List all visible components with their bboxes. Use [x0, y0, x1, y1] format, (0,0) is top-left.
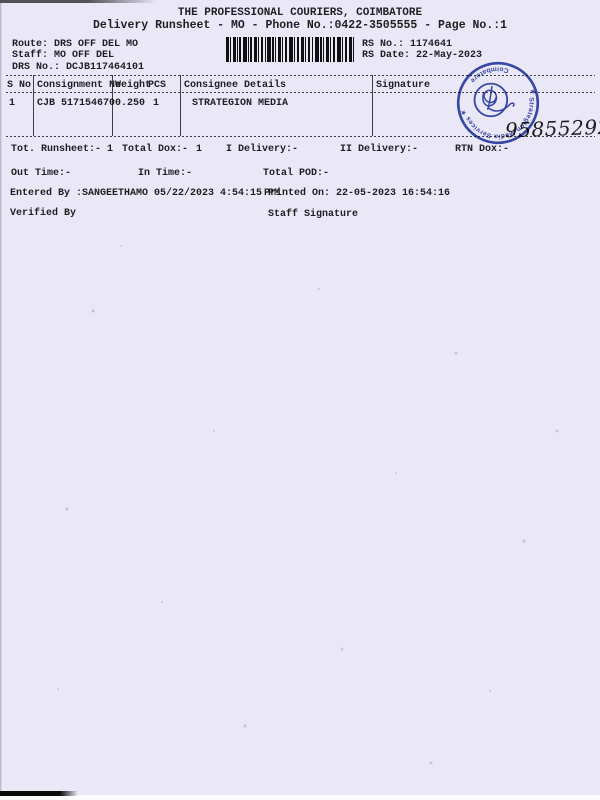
row-sno: 1	[9, 98, 15, 109]
row-weight: 0.250	[115, 98, 145, 109]
verified-by-label: Verified By	[10, 208, 76, 219]
out-time: Out Time:-	[11, 168, 71, 179]
table-col-divider	[372, 75, 373, 136]
col-header-consignee: Consignee Details	[184, 80, 286, 91]
document-subtitle: Delivery Runsheet - MO - Phone No.:0422-…	[0, 20, 600, 32]
table-col-divider	[33, 75, 34, 136]
col-header-weight: Weight	[115, 80, 151, 91]
col-header-signature: Signature	[376, 80, 430, 91]
runsheet-document: THE PROFESSIONAL COURIERS, COIMBATORE De…	[0, 0, 600, 800]
rtn-dox: RTN Dox:-	[455, 144, 509, 155]
col-header-pcs: PCS	[148, 80, 166, 91]
scan-artifact-top-edge	[0, 0, 158, 3]
staff-line: Staff: MO OFF DEL	[12, 50, 114, 61]
col-header-sno: S No	[7, 80, 31, 91]
staff-signature-label: Staff Signature	[268, 209, 358, 220]
total-runsheet: Tot. Runsheet:- 1	[11, 144, 113, 155]
total-pod: Total POD:-	[263, 168, 329, 179]
barcode	[226, 37, 354, 62]
row-consignment-no: CJB 517154670	[37, 98, 115, 109]
ii-delivery: II Delivery:-	[340, 144, 418, 155]
row-consignee: STRATEGION MEDIA	[192, 98, 288, 109]
total-dox-value: 1	[196, 144, 202, 155]
stamp-signature-scribble	[475, 84, 514, 117]
drs-no-line: DRS No.: DCJB117464101	[12, 62, 144, 73]
paper-speckles	[0, 0, 2, 2]
stamp-star-left-icon: ★	[528, 87, 536, 97]
entered-by-line: Entered By :SANGEETHAMO 05/22/2023 4:54:…	[10, 188, 280, 199]
row-pcs: 1	[153, 98, 159, 109]
table-col-divider	[180, 75, 181, 136]
col-header-consignment: Consignment No	[37, 80, 121, 91]
printed-on-line: Printed On: 22-05-2023 16:54:16	[264, 188, 450, 199]
i-delivery: I Delivery:-	[226, 144, 298, 155]
scan-artifact-bottom-strip	[0, 795, 600, 800]
company-title: THE PROFESSIONAL COURIERS, COIMBATORE	[0, 7, 600, 19]
scan-artifact-bottom-mark	[0, 791, 78, 796]
handwritten-phone-number: 9585529209	[505, 114, 600, 143]
total-dox-label: Total Dox:-	[122, 144, 188, 155]
scan-artifact-left-shadow	[0, 0, 2, 800]
rs-no-line: RS No.: 1174641	[362, 39, 452, 50]
route-line: Route: DRS OFF DEL MO	[12, 39, 138, 50]
in-time: In Time:-	[138, 168, 192, 179]
